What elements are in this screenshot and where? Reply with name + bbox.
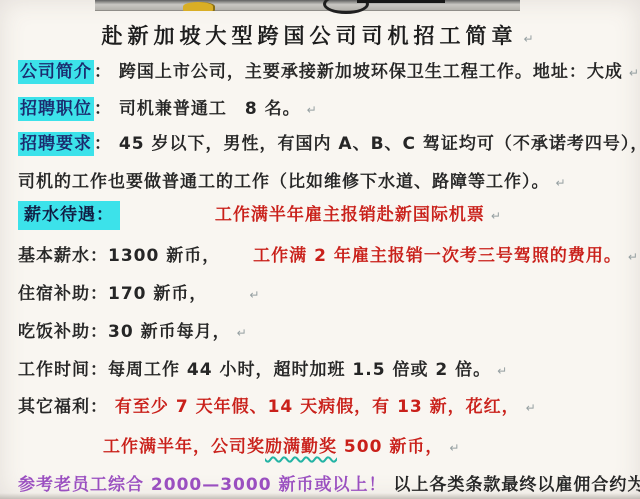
return-mark-icon: ↵: [307, 103, 318, 117]
company-intro-text: 跨国上市公司，主要承接新加坡环保卫生工程工作。地址：大成: [119, 62, 623, 82]
cropped-photo-strip: [95, 0, 520, 11]
recruitment-flyer-page: 赴新加坡大型跨国公司司机招工简章↵ 公司简介： 跨国上市公司，主要承接新加坡环保…: [0, 0, 640, 499]
base-salary-red-note: 工作满 2 年雇主报销一次考三号驾照的费用。: [253, 246, 622, 266]
colon: ：: [94, 134, 112, 154]
requirements-text: 45 岁以下，男性，有国内 A、B、C 驾证均可（不承诺考四号），除了: [119, 134, 640, 154]
meal-allowance-row: 吃饭补助：30 新币每月，↵: [18, 317, 630, 342]
colon: ：: [94, 99, 112, 119]
company-intro-label: 公司简介: [18, 60, 94, 84]
return-mark-icon: ↵: [629, 66, 640, 80]
attendance-bonus-red-pre: 工作满半年，公司奖: [103, 437, 265, 457]
requirements-row: 招聘要求： 45 岁以下，男性，有国内 A、B、C 驾证均可（不承诺考四号），除…: [18, 129, 630, 154]
housing-allowance-row: 住宿补助：170 新币，↵: [18, 279, 630, 304]
colon: ：: [94, 62, 112, 82]
return-mark-icon: ↵: [526, 401, 537, 415]
return-mark-icon: ↵: [491, 209, 502, 223]
housing-allowance-text: 住宿补助：170 新币，: [18, 284, 207, 304]
position-row: 招聘职位： 司机兼普通工 8 名。↵: [18, 94, 630, 119]
attendance-bonus-row: 工作满半年，公司奖励满勤奖 500 新币，↵: [18, 432, 630, 457]
requirements-continued-text: 司机的工作也要做普通工的工作（比如维修下水道、路障等工作）。: [18, 172, 550, 192]
return-mark-icon: ↵: [556, 176, 567, 190]
page-title: 赴新加坡大型跨国公司司机招工简章↵: [0, 20, 640, 50]
photo-yellow-object: [183, 2, 213, 11]
requirements-label: 招聘要求: [18, 132, 94, 156]
return-mark-icon: ↵: [523, 32, 538, 46]
salary-header-red-note: 工作满半年雇主报销赴新国际机票: [215, 205, 485, 225]
footer-dark-text: 以上各类条款最终以雇佣合约为准: [393, 475, 640, 495]
page-title-text: 赴新加坡大型跨国公司司机招工简章: [101, 24, 517, 48]
other-benefits-label: 其它福利：: [18, 397, 108, 417]
return-mark-icon: ↵: [249, 288, 260, 302]
working-hours-row: 工作时间：每周工作 44 小时，超时加班 1.5 倍或 2 倍。↵: [18, 355, 630, 380]
return-mark-icon: ↵: [449, 441, 460, 455]
other-benefits-red-note: 有至少 7 天年假、14 天病假，有 13 新，花红，: [115, 397, 520, 417]
base-salary-text: 基本薪水：1300 新币，: [18, 246, 220, 266]
return-mark-icon: ↵: [628, 250, 639, 264]
salary-header-row: 薪水待遇： 工作满半年雇主报销赴新国际机票↵: [18, 200, 630, 225]
photo-dark-bar: [357, 0, 445, 3]
meal-allowance-text: 吃饭补助：30 新币每月，: [18, 322, 231, 342]
salary-header-label: 薪水待遇：: [18, 201, 120, 230]
position-label: 招聘职位: [18, 97, 94, 121]
return-mark-icon: ↵: [237, 326, 248, 340]
working-hours-text: 工作时间：每周工作 44 小时，超时加班 1.5 倍或 2 倍。: [18, 360, 491, 380]
attendance-bonus-red-wavy: 励满勤奖: [265, 437, 337, 457]
company-intro-row: 公司简介： 跨国上市公司，主要承接新加坡环保卫生工程工作。地址：大成↵: [18, 57, 630, 82]
return-mark-icon: ↵: [497, 364, 508, 378]
base-salary-row: 基本薪水：1300 新币， 工作满 2 年雇主报销一次考三号驾照的费用。↵: [18, 241, 630, 266]
other-benefits-row: 其它福利： 有至少 7 天年假、14 天病假，有 13 新，花红，↵: [18, 392, 630, 417]
position-text: 司机兼普通工 8 名。: [119, 99, 301, 119]
footer-row: 参考老员工综合 2000—3000 新币或以上！ 以上各类条款最终以雇佣合约为准…: [18, 470, 630, 495]
attendance-bonus-red-post: 500 新币，: [337, 437, 443, 457]
footer-purple-text: 参考老员工综合 2000—3000 新币或以上！: [18, 475, 386, 495]
requirements-continued-row: 司机的工作也要做普通工的工作（比如维修下水道、路障等工作）。↵: [18, 167, 630, 192]
